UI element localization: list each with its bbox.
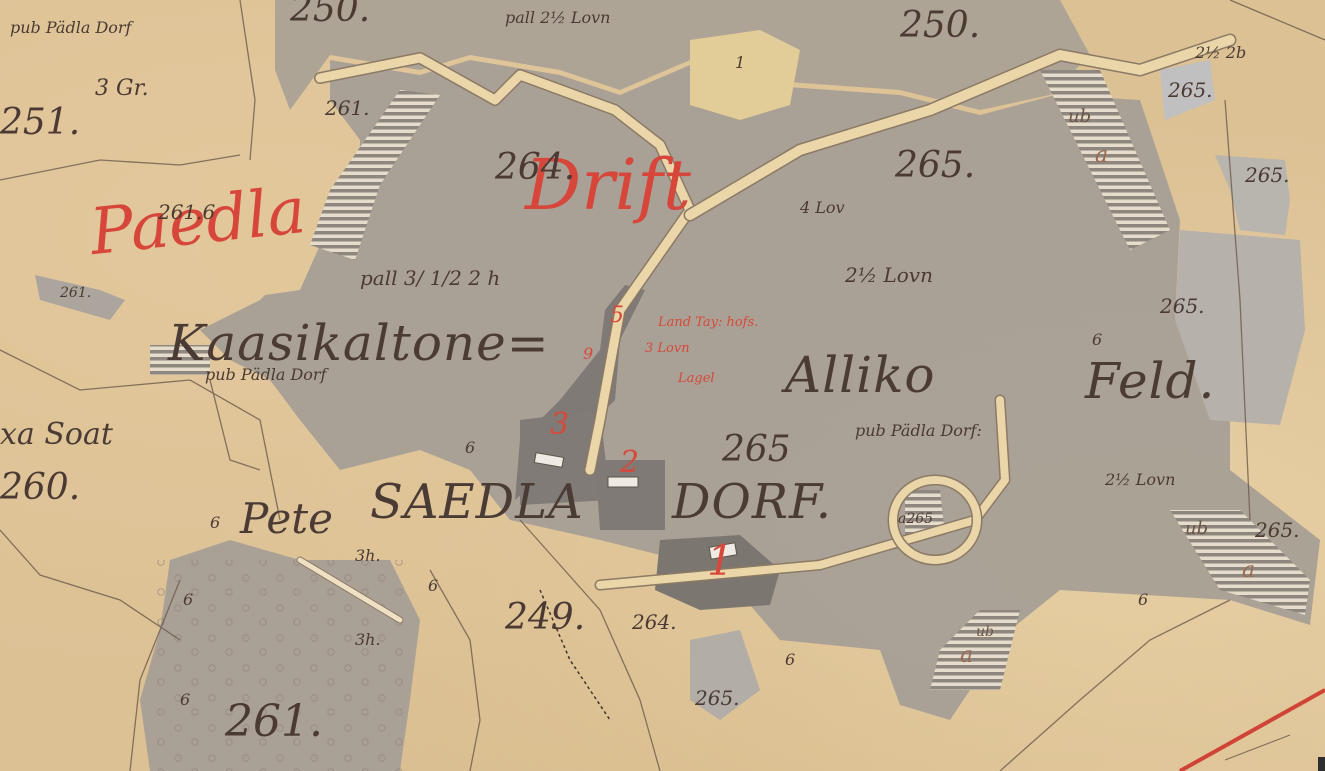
annotation-3h-b: 3h. <box>355 632 381 648</box>
annotation-6-e: 6 <box>180 692 190 708</box>
place-name-soat: xa Soat <box>0 420 113 450</box>
hatch-label-a-right: a <box>1242 560 1255 582</box>
parcel-number-261-top: 261. <box>325 98 370 118</box>
village-name-pete: Pete <box>240 498 333 540</box>
parcel-number-265-corner: 265. <box>1168 80 1213 100</box>
red-number-3: 3 <box>550 410 569 440</box>
annotation-6-f: 6 <box>785 652 795 668</box>
parcel-number-265-village: 265 <box>722 432 791 468</box>
place-subtitle-topleft: pub Pädla Dorf <box>10 20 131 36</box>
parcel-number-265-main: 265. <box>895 148 975 184</box>
annotation-pall-line: pall 3/ 1/2 2 h <box>360 268 500 288</box>
place-subtitle-alliko: pub Pädla Dorf: <box>855 423 982 439</box>
parcel-number-261-6: 261.6 <box>158 202 215 222</box>
red-number-5: 5 <box>610 305 624 327</box>
parcel-number-261-small: 261. <box>60 286 91 300</box>
parcel-number-265-topright: 265. <box>1245 165 1290 185</box>
annotation-2half-lov-right: 2½ Lovn <box>1105 472 1175 488</box>
parcel-number-260: 260. <box>0 470 80 506</box>
red-note-line1: Land Tay: hofs. <box>658 316 758 329</box>
annotation-6-d: 6 <box>183 592 193 608</box>
red-boundary-line <box>1180 690 1325 771</box>
place-name-kaasikaltone: Kaasikaltone= <box>168 318 550 368</box>
annotation-3gr: 3 Gr. <box>95 78 149 100</box>
hatch-label-a-bottom: a <box>960 645 973 667</box>
annotation-6-g: 6 <box>1138 592 1148 608</box>
annotation-2half-lov: 2½ Lovn <box>845 265 933 285</box>
annotation-6-a: 6 <box>465 440 475 456</box>
parcel-1-light <box>690 30 800 120</box>
parcel-number-261-center: 264. <box>495 150 575 186</box>
red-note-line2: 3 Lovn <box>645 342 690 355</box>
annotation-3h-a: 3h. <box>355 548 381 564</box>
corner-control <box>1318 757 1325 771</box>
village-name-saedla: SAEDLA <box>370 478 584 526</box>
parcel-number-264: 264. <box>632 612 677 632</box>
place-name-feld: Feld. <box>1085 356 1215 406</box>
red-number-9: 9 <box>583 346 593 362</box>
parcel-number-265-right: 265. <box>1160 296 1205 316</box>
village-name-dorf: DORF. <box>672 478 832 526</box>
hatch-label-ub-top: ub <box>1068 108 1091 126</box>
annotation-4-lov: 4 Lov <box>800 200 845 216</box>
hatch-label-ub-bottom: ub <box>976 625 994 639</box>
annotation-6-c: 6 <box>428 578 438 594</box>
red-number-1: 1 <box>707 540 734 582</box>
parcel-number-251: 251. <box>0 105 80 141</box>
parcel-number-250: 250. <box>900 8 980 44</box>
place-name-alliko: Alliko <box>785 350 935 400</box>
annotation-6-b: 6 <box>210 515 220 531</box>
place-subtitle-kaasikaltone: pub Pädla Dorf <box>205 367 326 383</box>
red-note-line3: Lagel <box>678 372 715 385</box>
parcel-number-a265-circle: a265 <box>898 512 933 526</box>
parcel-number-261-bottom: 261. <box>225 700 323 744</box>
parcel-number-249: 249. <box>505 600 585 636</box>
annotation-6-h: 6 <box>1092 332 1102 348</box>
hatch-label-a-top: a <box>1095 145 1108 167</box>
parcel-number-265-bottom: 265. <box>695 688 740 708</box>
annotation-two-half-2b: 2½ 2b <box>1195 45 1246 61</box>
hatch-label-ub-right: ub <box>1185 520 1208 538</box>
annotation-1: 1 <box>735 55 745 71</box>
parcel-number-265-far-right: 265. <box>1255 520 1300 540</box>
red-number-2: 2 <box>620 448 639 478</box>
cadastral-map[interactable]: Paedla Drift Kaasikaltone= pub Pädla Dor… <box>0 0 1325 771</box>
annotation-top-row: pall 2½ Lovn <box>505 10 610 26</box>
parcel-number-250-top: 250. <box>290 0 370 28</box>
